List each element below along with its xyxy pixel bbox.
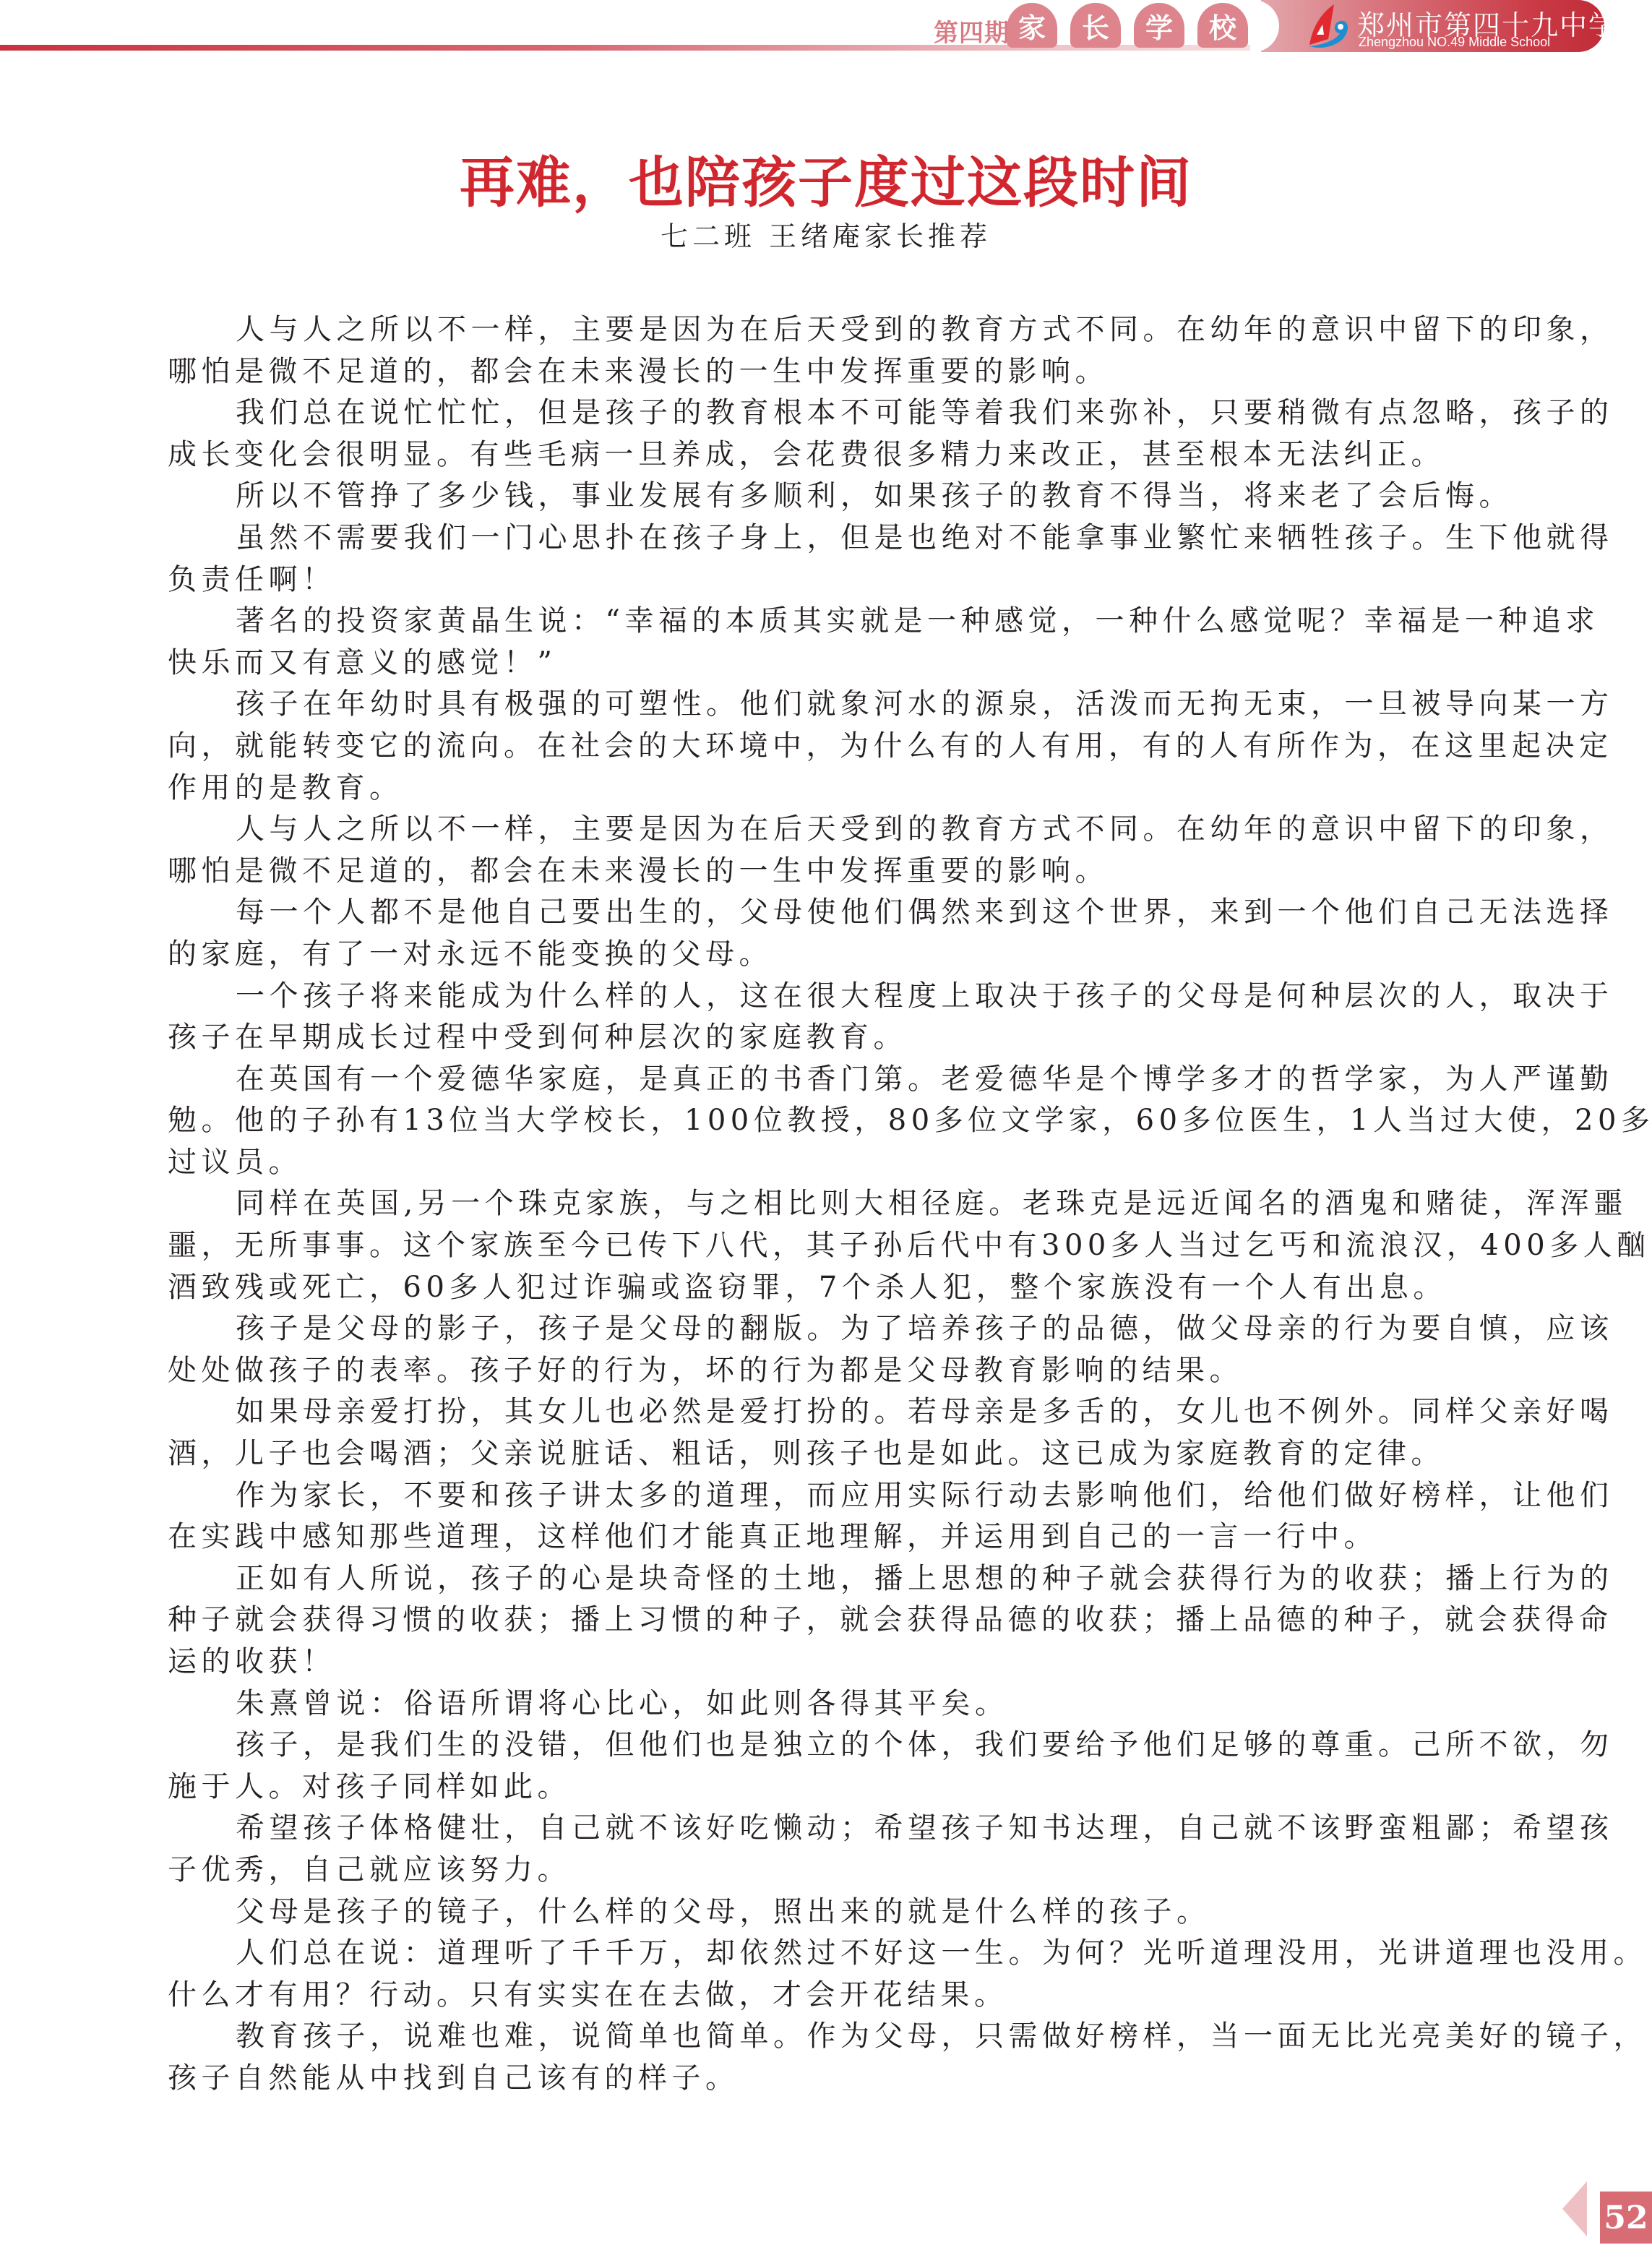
- paragraph: 一个孩子将来能成为什么样的人，这在很大程度上取决于孩子的父母是何种层次的人，取决…: [168, 976, 1526, 1059]
- text-line: 希望孩子体格健壮，自己就不该好吃懒动；希望孩子知书达理，自己就不该野蛮粗鄙；希望…: [168, 1808, 1526, 1850]
- column-badge-jia: 家: [1007, 3, 1057, 48]
- paragraph: 我们总在说忙忙忙，但是孩子的教育根本不可能等着我们来弥补，只要稍微有点忽略，孩子…: [168, 392, 1526, 476]
- text-line: 施于人。对孩子同样如此。: [168, 1767, 1526, 1808]
- text-line: 负责任啊！: [168, 559, 1526, 601]
- text-line: 噩，无所事事。这个家族至今已传下八代，其子孙后代中有300多人当过乞丐和流浪汉，…: [168, 1225, 1526, 1267]
- column-badge-zhang: 长: [1070, 3, 1121, 48]
- paragraph: 每一个人都不是他自己要出生的，父母使他们偶然来到这个世界，来到一个他们自己无法选…: [168, 892, 1526, 975]
- article-byline: 七二班 王绪庵家长推荐: [0, 214, 1652, 254]
- text-line: 在实践中感知那些道理，这样他们才能真正地理解，并运用到自己的一言一行中。: [168, 1516, 1526, 1558]
- paragraph: 在英国有一个爱德华家庭，是真正的书香门第。老爱德华是个博学多才的哲学家，为人严谨…: [168, 1059, 1526, 1184]
- issue-label: 第四期: [934, 13, 1010, 48]
- paragraph: 教育孩子，说难也难，说简单也简单。作为父母，只需做好榜样，当一面无比光亮美好的镜…: [168, 2016, 1526, 2099]
- paragraph: 人们总在说：道理听了千千万，却依然过不好这一生。为何？光听道理没用，光讲道理也没…: [168, 1933, 1526, 2016]
- paragraph: 同样在英国,另一个珠克家族，与之相比则大相径庭。老珠克是远近闻名的酒鬼和赌徒，浑…: [168, 1183, 1526, 1308]
- school-logo-icon: [1307, 3, 1350, 51]
- paragraph: 作为家长，不要和孩子讲太多的道理，而应用实际行动去影响他们，给他们做好榜样，让他…: [168, 1475, 1526, 1558]
- text-line: 向，就能转变它的流向。在社会的大环境中，为什么有的人有用，有的人有所作为，在这里…: [168, 726, 1526, 768]
- paragraph: 希望孩子体格健壮，自己就不该好吃懒动；希望孩子知书达理，自己就不该野蛮粗鄙；希望…: [168, 1808, 1526, 1891]
- text-line: 快乐而又有意义的感觉！”: [168, 643, 1526, 684]
- school-name-en: Zhengzhou NO.49 Middle School: [1359, 35, 1550, 50]
- text-line: 作用的是教育。: [168, 768, 1526, 810]
- paragraph: 孩子是父母的影子，孩子是父母的翻版。为了培养孩子的品德，做父母亲的行为要自慎，应…: [168, 1308, 1526, 1391]
- text-line: 勉。他的子孙有13位当大学校长，100位教授，80多位文学家，60多位医生，1人…: [168, 1100, 1526, 1142]
- column-badge-xue: 学: [1134, 3, 1184, 48]
- text-line: 过议员。: [168, 1142, 1526, 1184]
- text-line: 如果母亲爱打扮，其女儿也必然是爱打扮的。若母亲是多舌的，女儿也不例外。同样父亲好…: [168, 1391, 1526, 1433]
- text-line: 我们总在说忙忙忙，但是孩子的教育根本不可能等着我们来弥补，只要稍微有点忽略，孩子…: [168, 392, 1526, 434]
- text-line: 人与人之所以不一样，主要是因为在后天受到的教育方式不同。在幼年的意识中留下的印象…: [168, 309, 1526, 351]
- paragraph: 人与人之所以不一样，主要是因为在后天受到的教育方式不同。在幼年的意识中留下的印象…: [168, 809, 1526, 892]
- article-title: 再难，也陪孩子度过这段时间: [0, 139, 1652, 218]
- text-line: 处处做孩子的表率。孩子好的行为，坏的行为都是父母教育影响的结果。: [168, 1350, 1526, 1392]
- text-line: 孩子自然能从中找到自己该有的样子。: [168, 2058, 1526, 2100]
- article-body: 人与人之所以不一样，主要是因为在后天受到的教育方式不同。在幼年的意识中留下的印象…: [168, 309, 1526, 2100]
- text-line: 人们总在说：道理听了千千万，却依然过不好这一生。为何？光听道理没用，光讲道理也没…: [168, 1933, 1526, 1975]
- text-line: 父母是孩子的镜子，什么样的父母，照出来的就是什么样的孩子。: [168, 1892, 1526, 1933]
- page-corner-triangle: [1562, 2181, 1587, 2236]
- text-line: 孩子是父母的影子，孩子是父母的翻版。为了培养孩子的品德，做父母亲的行为要自慎，应…: [168, 1308, 1526, 1350]
- text-line: 运的收获！: [168, 1641, 1526, 1683]
- paragraph: 所以不管挣了多少钱，事业发展有多顺利，如果孩子的教育不得当，将来老了会后悔。: [168, 476, 1526, 518]
- paragraph: 虽然不需要我们一门心思扑在孩子身上，但是也绝对不能拿事业繁忙来牺牲孩子。生下他就…: [168, 518, 1526, 601]
- text-line: 成长变化会很明显。有些毛病一旦养成，会花费很多精力来改正，甚至根本无法纠正。: [168, 434, 1526, 476]
- text-line: 酒致残或死亡，60多人犯过诈骗或盗窃罪，7个杀人犯，整个家族没有一个人有出息。: [168, 1267, 1526, 1309]
- text-line: 种子就会获得习惯的收获；播上习惯的种子，就会获得品德的收获；播上品德的种子，就会…: [168, 1600, 1526, 1641]
- text-line: 孩子在年幼时具有极强的可塑性。他们就象河水的源泉，活泼而无拘无束，一旦被导向某一…: [168, 684, 1526, 726]
- text-line: 所以不管挣了多少钱，事业发展有多顺利，如果孩子的教育不得当，将来老了会后悔。: [168, 476, 1526, 518]
- text-line: 著名的投资家黄晶生说：“幸福的本质其实就是一种感觉，一种什么感觉呢？幸福是一种追…: [168, 601, 1526, 643]
- paragraph: 朱熹曾说：俗语所谓将心比心，如此则各得其平矣。: [168, 1683, 1526, 1725]
- page-number: 52: [1600, 2192, 1652, 2244]
- text-line: 每一个人都不是他自己要出生的，父母使他们偶然来到这个世界，来到一个他们自己无法选…: [168, 892, 1526, 934]
- paragraph: 父母是孩子的镜子，什么样的父母，照出来的就是什么样的孩子。: [168, 1892, 1526, 1933]
- text-line: 虽然不需要我们一门心思扑在孩子身上，但是也绝对不能拿事业繁忙来牺牲孩子。生下他就…: [168, 518, 1526, 559]
- text-line: 在英国有一个爱德华家庭，是真正的书香门第。老爱德华是个博学多才的哲学家，为人严谨…: [168, 1059, 1526, 1101]
- paragraph: 人与人之所以不一样，主要是因为在后天受到的教育方式不同。在幼年的意识中留下的印象…: [168, 309, 1526, 392]
- paragraph: 著名的投资家黄晶生说：“幸福的本质其实就是一种感觉，一种什么感觉呢？幸福是一种追…: [168, 601, 1526, 684]
- paragraph: 孩子在年幼时具有极强的可塑性。他们就象河水的源泉，活泼而无拘无束，一旦被导向某一…: [168, 684, 1526, 809]
- paragraph: 如果母亲爱打扮，其女儿也必然是爱打扮的。若母亲是多舌的，女儿也不例外。同样父亲好…: [168, 1391, 1526, 1475]
- text-line: 哪怕是微不足道的，都会在未来漫长的一生中发挥重要的影响。: [168, 351, 1526, 393]
- column-badge-xiao: 校: [1197, 3, 1248, 48]
- text-line: 哪怕是微不足道的，都会在未来漫长的一生中发挥重要的影响。: [168, 851, 1526, 893]
- text-line: 作为家长，不要和孩子讲太多的道理，而应用实际行动去影响他们，给他们做好榜样，让他…: [168, 1475, 1526, 1517]
- text-line: 教育孩子，说难也难，说简单也简单。作为父母，只需做好榜样，当一面无比光亮美好的镜…: [168, 2016, 1526, 2058]
- text-line: 正如有人所说，孩子的心是块奇怪的土地，播上思想的种子就会获得行为的收获；播上行为…: [168, 1558, 1526, 1600]
- text-line: 子优秀，自己就应该努力。: [168, 1850, 1526, 1892]
- text-line: 人与人之所以不一样，主要是因为在后天受到的教育方式不同。在幼年的意识中留下的印象…: [168, 809, 1526, 851]
- text-line: 的家庭，有了一对永远不能变换的父母。: [168, 934, 1526, 976]
- text-line: 同样在英国,另一个珠克家族，与之相比则大相径庭。老珠克是远近闻名的酒鬼和赌徒，浑…: [168, 1183, 1526, 1225]
- text-line: 什么才有用？行动。只有实实在在去做，才会开花结果。: [168, 1975, 1526, 2017]
- text-line: 一个孩子将来能成为什么样的人，这在很大程度上取决于孩子的父母是何种层次的人，取决…: [168, 976, 1526, 1018]
- text-line: 酒，儿子也会喝酒；父亲说脏话、粗话，则孩子也是如此。这已成为家庭教育的定律。: [168, 1433, 1526, 1475]
- text-line: 朱熹曾说：俗语所谓将心比心，如此则各得其平矣。: [168, 1683, 1526, 1725]
- text-line: 孩子，是我们生的没错，但他们也是独立的个体，我们要给予他们足够的尊重。己所不欲，…: [168, 1725, 1526, 1767]
- paragraph: 正如有人所说，孩子的心是块奇怪的土地，播上思想的种子就会获得行为的收获；播上行为…: [168, 1558, 1526, 1683]
- paragraph: 孩子，是我们生的没错，但他们也是独立的个体，我们要给予他们足够的尊重。己所不欲，…: [168, 1725, 1526, 1808]
- text-line: 孩子在早期成长过程中受到何种层次的家庭教育。: [168, 1017, 1526, 1059]
